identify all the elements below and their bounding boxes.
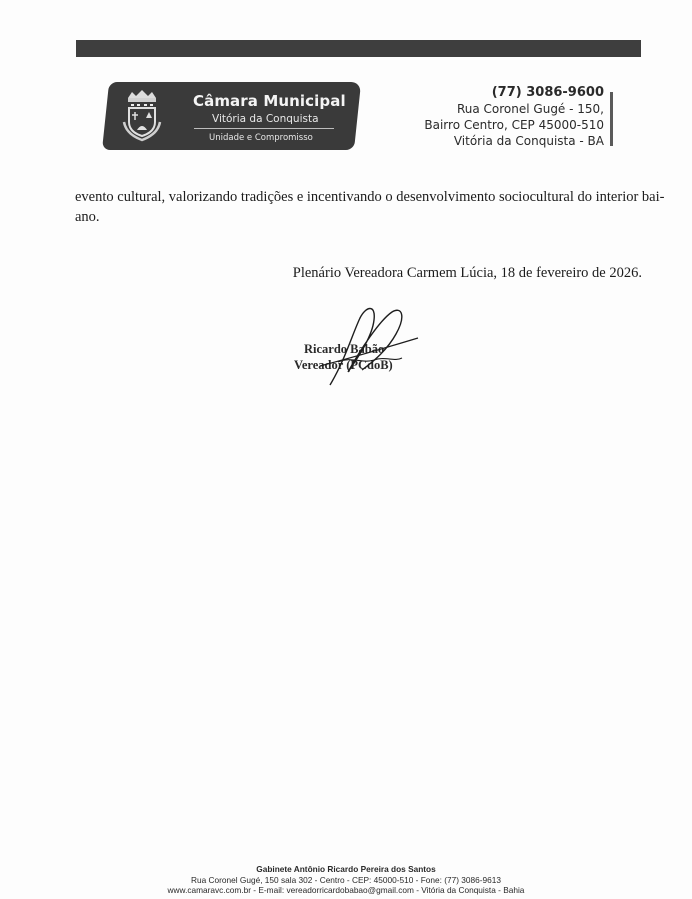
footer-office-title: Gabinete Antônio Ricardo Pereira dos San…: [0, 864, 692, 875]
signature-block: Ricardo Babão Vereador (PCdoB): [290, 300, 440, 390]
logo-title: Câmara Municipal: [193, 92, 346, 110]
handwritten-signature-icon: [290, 300, 440, 390]
logo-city: Vitória da Conquista: [212, 113, 319, 125]
footer-web-email: www.camaravc.com.br - E-mail: vereadorri…: [0, 885, 692, 896]
municipal-coat-of-arms-icon: [120, 88, 164, 144]
page-footer: Gabinete Antônio Ricardo Pereira dos San…: [0, 864, 692, 896]
chamber-logo: Câmara Municipal Vitória da Conquista Un…: [102, 82, 354, 150]
contact-vertical-rule: [610, 92, 613, 146]
contact-address-line3: Vitória da Conquista - BA: [424, 133, 604, 149]
body-paragraph-line: ano.: [75, 207, 642, 227]
place-and-date: Plenário Vereadora Carmem Lúcia, 18 de f…: [293, 265, 642, 282]
header-decorative-bar: [76, 40, 641, 57]
contact-address-line2: Bairro Centro, CEP 45000-510: [424, 117, 604, 133]
logo-motto: Unidade e Compromisso: [209, 133, 313, 143]
header-contact-info: (77) 3086-9600 Rua Coronel Gugé - 150, B…: [424, 85, 604, 149]
contact-phone: (77) 3086-9600: [424, 85, 604, 101]
contact-address-line1: Rua Coronel Gugé - 150,: [424, 101, 604, 117]
logo-divider: [194, 128, 334, 129]
body-paragraph: evento cultural, valorizando tradições e…: [75, 187, 642, 227]
footer-address: Rua Coronel Gugé, 150 sala 302 - Centro …: [0, 875, 692, 886]
body-paragraph-line: evento cultural, valorizando tradições e…: [75, 187, 642, 207]
